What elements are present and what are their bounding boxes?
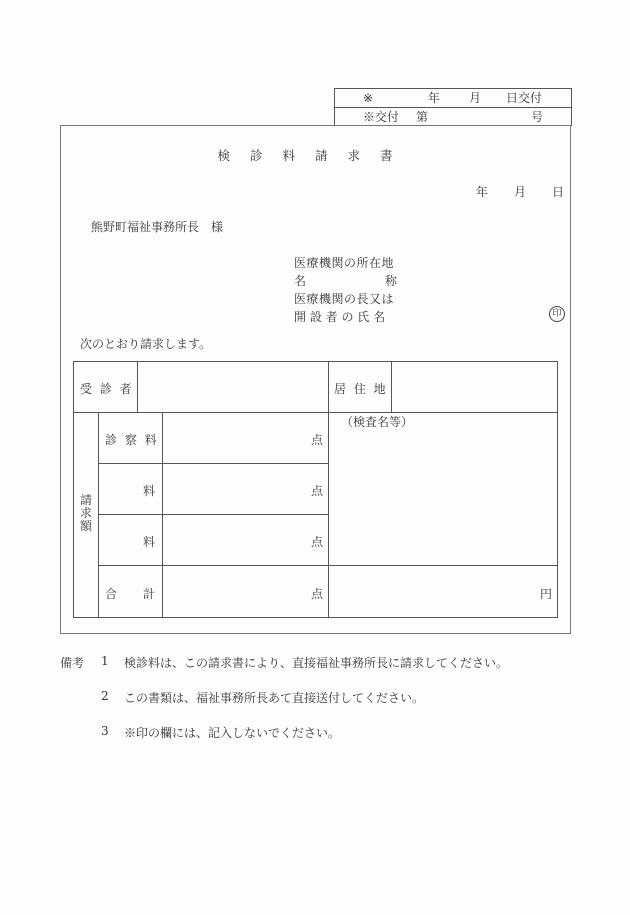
patient-field[interactable] [142, 364, 325, 409]
clinic-address-label: 医療機関の所在地 [294, 254, 394, 271]
note-1-number: 1 [101, 654, 109, 668]
total-label-left: 合 [105, 585, 117, 602]
issue-stamp-box: ※ 年 月 日交付 ※交付 第 号 [334, 88, 572, 126]
month-label: 月 [469, 89, 481, 107]
notes-heading: 備考 [60, 654, 84, 671]
date-year: 年 [476, 183, 488, 200]
residence-label: 居 住 地 [334, 380, 388, 397]
note-mark: ※ [363, 89, 373, 107]
row-2-unit: 点 [311, 482, 323, 499]
seal-icon: 印 [549, 306, 565, 322]
clinic-founder-label: 開 設 者 の 氏 名 [294, 308, 385, 325]
note-2-text: この書類は、福祉事務所長あて直接送付してください。 [124, 689, 424, 706]
year-label: 年 [428, 89, 440, 107]
issue-number-row: ※交付 第 号 [335, 108, 571, 126]
residence-field[interactable] [396, 364, 554, 409]
date-day: 日 [552, 183, 564, 200]
row-3-label: 料 [143, 533, 155, 550]
patient-label: 受 診 者 [80, 380, 134, 397]
total-points-unit: 点 [311, 585, 323, 602]
total-yen-unit: 円 [540, 585, 552, 602]
document-title: 検診料請求書 [0, 146, 630, 164]
row-2-label: 料 [143, 482, 155, 499]
row-3-unit: 点 [311, 533, 323, 550]
note-3-text: ※印の欄には、記入しないでください。 [124, 724, 340, 741]
total-label-right: 計 [143, 585, 155, 602]
note-3-number: 3 [101, 724, 109, 738]
clinic-name-label-2: 称 [385, 272, 397, 289]
row-1-unit: 点 [311, 431, 323, 448]
note-1-text: 検診料は、この請求書により、直接福祉事務所長に請求してください。 [124, 654, 508, 671]
issue-date-row: ※ 年 月 日交付 [335, 89, 571, 108]
addressee: 熊野町福祉事務所長 様 [91, 218, 223, 235]
note-2-number: 2 [101, 689, 109, 703]
claim-amount-label: 請求額 [80, 494, 94, 533]
clinic-head-label: 医療機関の長又は [294, 290, 394, 307]
row-3-value[interactable] [167, 517, 307, 562]
row-2-value[interactable] [167, 466, 307, 511]
day-issued-label: 日交付 [506, 89, 542, 107]
clinic-name-label-1: 名 [294, 272, 306, 289]
exam-names-label: （検査名等） [341, 413, 413, 430]
issued-label: ※交付 [363, 108, 399, 126]
number-prefix: 第 [416, 108, 428, 126]
row-1-label: 診 察 料 [105, 431, 159, 448]
row-1-value[interactable] [167, 415, 307, 460]
lead-text: 次のとおり請求します。 [80, 335, 211, 352]
number-suffix: 号 [531, 108, 543, 126]
date-month: 月 [514, 183, 526, 200]
